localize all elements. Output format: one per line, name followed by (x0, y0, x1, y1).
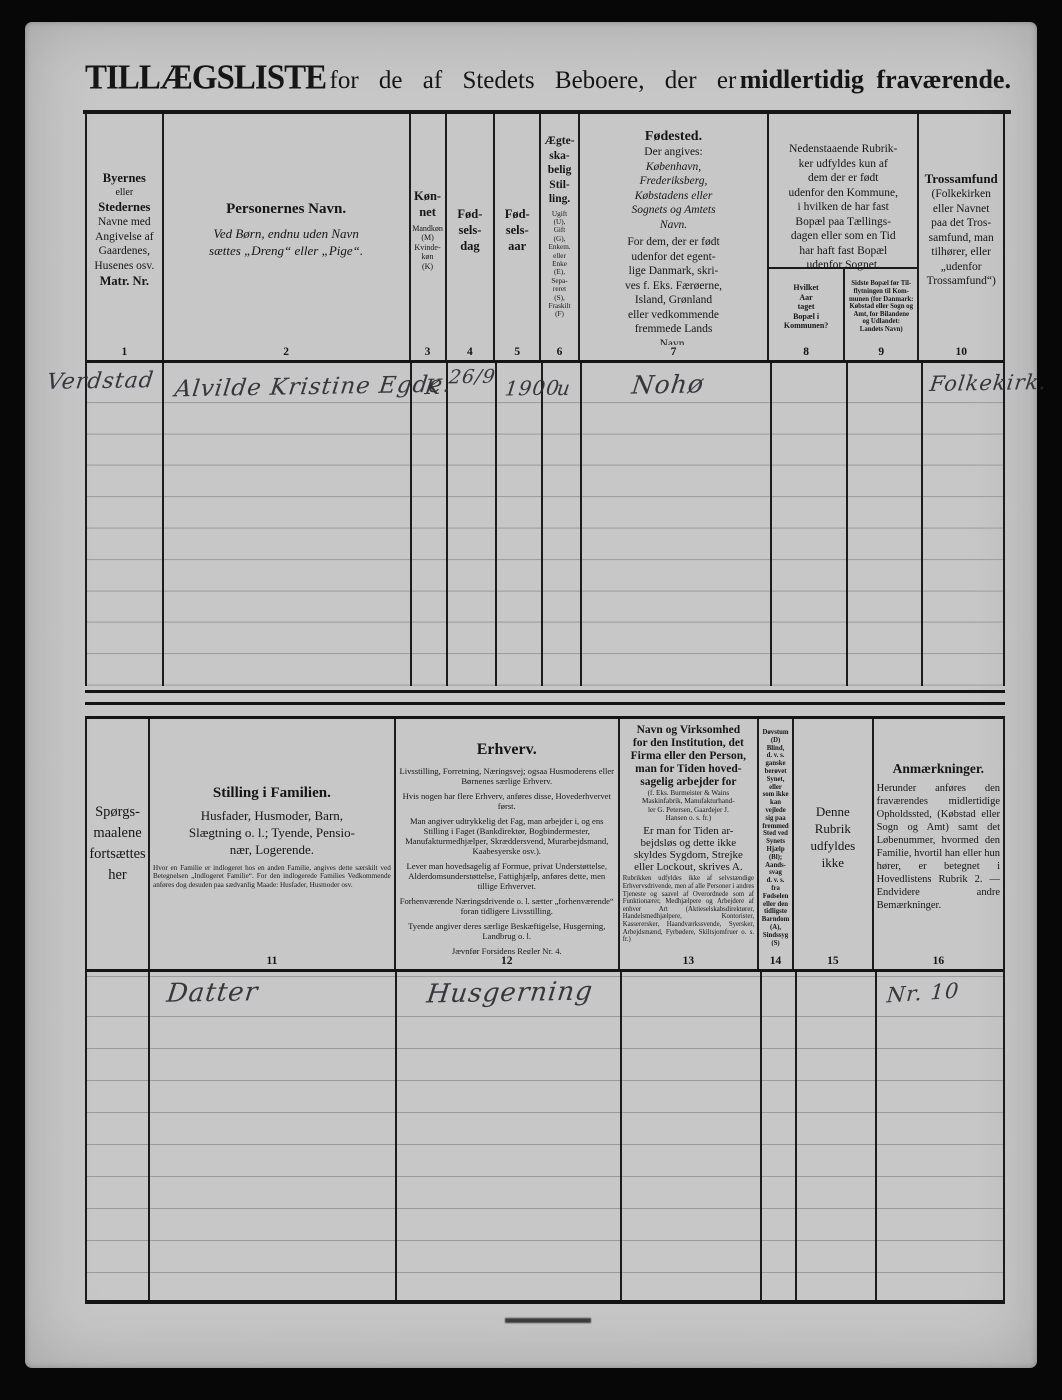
row1-place-value: Verdstad (45, 368, 155, 395)
table2-col11-header: Stilling i Familien. Husfader, Husmoder,… (150, 719, 396, 969)
col16-header-text: Anmærkninger. Herunder anføres den fravæ… (874, 719, 1003, 954)
row1-marital-value: u (556, 376, 573, 400)
table1-grid-line (541, 363, 543, 686)
col8-9-subheaders: Hvilket Aar taget Bopæl i Kommunen? 8 Si… (769, 269, 917, 360)
table2-side-label-cell: Spørgs- maalene fortsættes her (87, 719, 150, 969)
table1-data-area: Verdstad Alvilde Kristine Egde. K 26/9 1… (85, 363, 1005, 686)
col1-line-byernes: Byernes (103, 170, 146, 186)
col4-number: 4 (447, 345, 494, 360)
row1-faith-value: Folkekirk. (928, 370, 1048, 396)
printer-imprint (505, 1318, 591, 1323)
col12-paragraph: Man angiver udtrykkelig det Fag, man arb… (399, 816, 615, 856)
col2-body-text: Ved Børn, endnu uden Navn sættes „Dreng“… (209, 225, 363, 259)
col6-heading: Ægte- ska- belig Stil- ling. (545, 134, 575, 207)
col12-paragraph: Lever man hovedsagelig af Formue, privat… (399, 861, 615, 891)
table1-col7-header: Fødested. Der angives: København, Freder… (580, 114, 769, 360)
col13-fine-print: Rubrikken udfyldes ikke af selvstændige … (623, 875, 754, 943)
table1-col6-header: Ægte- ska- belig Stil- ling. Ugift (U), … (541, 114, 580, 360)
col7-heading: Fødested. (645, 128, 702, 145)
table2-grid-line (760, 972, 762, 1300)
table2: Spørgs- maalene fortsættes her Stilling … (85, 716, 1005, 1304)
col16-number: 16 (874, 954, 1003, 969)
col12-number: 12 (396, 954, 618, 969)
table1-col3-header: Køn- net Mandkøn (M) Kvinde- køn (K) 3 (411, 114, 447, 360)
col13-lead-text: Navn og Virksomhed for den Institution, … (631, 724, 746, 789)
table2-col12-header: Erhverv. Livsstilling, Forretning, Nærin… (396, 719, 620, 969)
screenshot-root: { "title": { "word1": "TILLÆGSLISTE", "m… (0, 0, 1062, 1400)
col13-mid-text: Er man for Tiden ar- bejdsløs og dette i… (634, 825, 743, 874)
col10-number: 10 (919, 345, 1003, 360)
col4-header-text: Fød- sels- dag (447, 114, 494, 345)
row1-birthday-value: 26/9 (448, 366, 497, 389)
col13-header-text: Navn og Virksomhed for den Institution, … (620, 719, 757, 954)
col10-header-text: Trossamfund (Folkekirken eller Navnet pa… (919, 114, 1003, 345)
table1-col2-header: Personernes Navn. Ved Børn, endnu uden N… (164, 114, 411, 360)
form-title-lead: TILLÆGSLISTE (85, 59, 326, 98)
col11-fine-print: Hvor en Familie er indlogeret hos en and… (153, 864, 391, 889)
row1-birthyear-value: 1900 (503, 376, 561, 401)
table2-col15-header: Denne Rubrik udfyldes ikke 15 (794, 719, 874, 969)
col15-number: 15 (794, 954, 872, 969)
table1-col10-header: Trossamfund (Folkekirken eller Navnet pa… (919, 114, 1003, 360)
col1-header-text: Byernes eller Stedernes Navne med Angive… (87, 114, 162, 345)
table1-grid-line (410, 363, 412, 686)
form-title-middle: for de af Stedets Beboere, der er (330, 67, 737, 95)
col5-number: 5 (495, 345, 539, 360)
col16-heading: Anmærkninger. (893, 761, 984, 777)
col2-heading: Personernes Navn. (226, 200, 346, 219)
row1-remarks-value: Nr. 10 (886, 979, 960, 1008)
col1-line-matrnr: Matr. Nr. (100, 273, 149, 289)
table2-header: Spørgs- maalene fortsættes her Stilling … (85, 716, 1005, 972)
col9-number: 9 (845, 345, 917, 360)
row1-birthplace-value: Nohø (630, 369, 706, 399)
col1-body-text: Navne med Angivelse af Gaardenes, Husene… (94, 215, 154, 273)
table2-grid-line (395, 972, 397, 1300)
form-title: TILLÆGSLISTE for de af Stedets Beboere, … (85, 60, 1011, 97)
col2-number: 2 (164, 345, 409, 360)
col14-body-text: Døvstum (D) Blind, d. v. s. ganske berøv… (759, 719, 792, 954)
table2-grid-line (875, 972, 877, 1300)
row1-occupation-value: Husgerning (425, 977, 595, 1010)
table1-col8-header: Hvilket Aar taget Bopæl i Kommunen? 8 (769, 269, 845, 360)
col12-paragraph: Jævnfør Forsidens Regler Nr. 4. (452, 946, 562, 954)
col5-heading: Fød- sels- aar (505, 206, 530, 254)
row1-sex-value: K (424, 375, 444, 399)
col7-number: 7 (580, 345, 767, 360)
table1-grid-line (495, 363, 497, 686)
col7-intro: Der angives: (644, 145, 702, 160)
col4-heading: Fød- sels- dag (457, 206, 482, 254)
col12-header-text: Erhverv. Livsstilling, Forretning, Nærin… (396, 719, 618, 954)
col10-body-text: (Folkekirken eller Navnet paa det Tros- … (927, 187, 996, 289)
col9-body-text: Sidste Bopæl før Til- flytningen til Kom… (845, 269, 917, 345)
col7-body-text: For dem, der er født udenfor det egent- … (625, 235, 722, 345)
col6-number: 6 (541, 345, 578, 360)
table2-grid-line (795, 972, 797, 1300)
table1-col9-header: Sidste Bopæl før Til- flytningen til Kom… (845, 269, 917, 360)
col13-example-text: (f. Eks. Burmeister & Wains Maskinfabrik… (642, 789, 735, 823)
col16-body-text: Herunder anføres den fraværendes midlert… (877, 782, 1000, 912)
row1-name-value: Alvilde Kristine Egde. (173, 372, 453, 403)
table1-grid-line (846, 363, 848, 686)
col12-paragraph: Tyende angiver deres særlige Beskæftigel… (399, 921, 615, 941)
col7-header-text: Fødested. Der angives: København, Freder… (580, 114, 767, 345)
col8-body-text: Hvilket Aar taget Bopæl i Kommunen? (769, 269, 843, 345)
col11-body-text: Husfader, Husmoder, Barn, Slægtning o. l… (189, 807, 355, 858)
col1-line-stedernes: Stedernes (98, 199, 150, 215)
col2-header-text: Personernes Navn. Ved Børn, endnu uden N… (164, 114, 409, 345)
table1-header: Byernes eller Stedernes Navne med Angive… (85, 114, 1005, 363)
col3-header-text: Køn- net Mandkøn (M) Kvinde- køn (K) (411, 114, 445, 345)
table2-col14-header: Døvstum (D) Blind, d. v. s. ganske berøv… (759, 719, 794, 969)
col8-number: 8 (769, 345, 843, 360)
table2-grid-line (620, 972, 622, 1300)
table2-data-area: Datter Husgerning Nr. 10 (85, 972, 1005, 1304)
table1-grid-line (921, 363, 923, 686)
scanned-census-form-page: TILLÆGSLISTE for de af Stedets Beboere, … (25, 22, 1037, 1368)
col12-paragraph: Livsstilling, Forretning, Næringsvej; og… (399, 766, 615, 786)
col3-body-text: Mandkøn (M) Kvinde- køn (K) (412, 224, 443, 272)
col8-9-group-text: Nedenstaaende Rubrik- ker udfyldes kun a… (769, 114, 917, 269)
col13-number: 13 (620, 954, 757, 969)
col1-line-eller: eller (115, 186, 133, 199)
col12-heading: Erhverv. (477, 741, 537, 759)
col15-body-text: Denne Rubrik udfyldes ikke (794, 719, 872, 954)
table1-grid-line (162, 363, 164, 686)
col11-number: 11 (150, 954, 394, 969)
table1-col4-header: Fød- sels- dag 4 (447, 114, 496, 360)
col14-number: 14 (759, 954, 792, 969)
col1-number: 1 (87, 345, 162, 360)
table1: Byernes eller Stedernes Navne med Angive… (85, 114, 1005, 686)
col3-heading: Køn- net (414, 188, 441, 220)
side-label-text: Spørgs- maalene fortsættes her (87, 719, 148, 969)
col12-paragraph: Hvis nogen har flere Erhverv, anføres di… (399, 791, 615, 811)
table2-col16-header: Anmærkninger. Herunder anføres den fravæ… (874, 719, 1003, 969)
table1-col1-header: Byernes eller Stedernes Navne med Angive… (87, 114, 164, 360)
col11-header-text: Stilling i Familien. Husfader, Husmoder,… (150, 719, 394, 954)
col7-places: København, Frederiksberg, Købstadens ell… (631, 160, 715, 233)
table2-col13-header: Navn og Virksomhed for den Institution, … (620, 719, 759, 969)
section-divider-rule (85, 690, 1005, 705)
col12-paragraph: Forhenværende Næringsdrivende o. l. sætt… (399, 896, 615, 916)
col6-header-text: Ægte- ska- belig Stil- ling. Ugift (U), … (541, 114, 578, 345)
table1-grid-line (446, 363, 448, 686)
table1-grid-line (770, 363, 772, 686)
table1-grid-line (580, 363, 582, 686)
col11-heading: Stilling i Familien. (213, 784, 331, 803)
table2-grid-line (148, 972, 150, 1300)
col3-number: 3 (411, 345, 445, 360)
col10-heading: Trossamfund (925, 170, 998, 187)
form-title-tail: midlertidig fraværende. (740, 65, 1011, 95)
row1-family-position-value: Datter (165, 977, 260, 1009)
table1-col8-9-group: Nedenstaaende Rubrik- ker udfyldes kun a… (769, 114, 919, 360)
table1-col5-header: Fød- sels- aar 5 (495, 114, 541, 360)
col6-body-text: Ugift (U), Gift (G), Enkem. eller Enke (… (548, 210, 570, 319)
col5-header-text: Fød- sels- aar (495, 114, 539, 345)
